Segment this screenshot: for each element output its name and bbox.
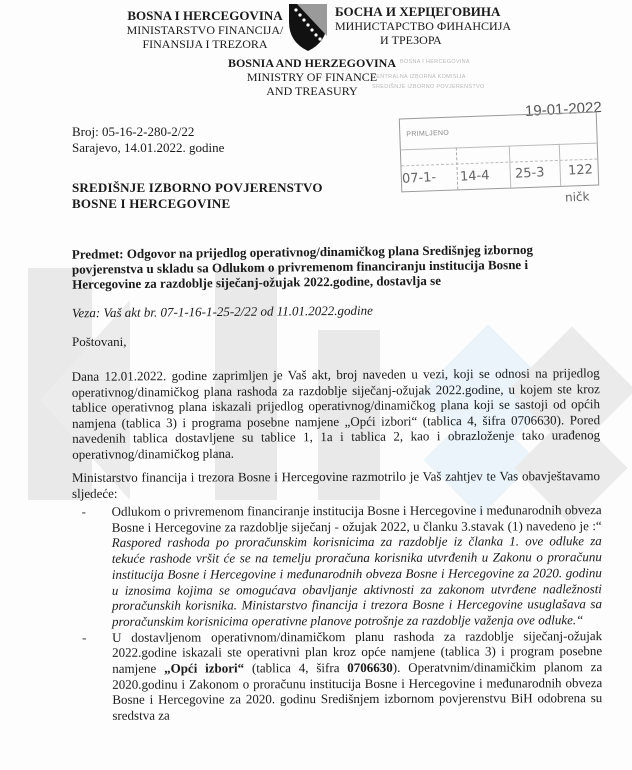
- header-left-block: BOSNA I HERCEGOVINA MINISTARSTVO FINANCI…: [105, 9, 305, 51]
- received-stamp: BOSNA I HERCEGOVINA CENTRALNA IZBORNA KO…: [360, 65, 610, 205]
- reference-link-line: Veza: Vaš akt br. 07-1-16-1-25-2/22 od 1…: [72, 303, 373, 322]
- addressee-block: SREDIŠNJE IZBORNO POVJERENSTVO BOSNE I H…: [72, 180, 323, 212]
- header-right-block: БОСНА И ХЕРЦЕГОВИНА МИНИСТАРСТВО ФИНАНСИ…: [335, 5, 535, 47]
- list-item-quote: Raspored rashoda po proračunskim korisni…: [112, 534, 602, 629]
- list-item: - U dostavljenom operativnom/dinamičkom …: [112, 628, 602, 724]
- paragraph-1: Dana 12.01.2022. godine zaprimljen je Va…: [72, 365, 601, 462]
- header-country-latin: BOSNA I HERCEGOVINA: [105, 9, 305, 23]
- stamp-signature: ničk: [565, 189, 590, 204]
- stamp-line-1: BOSNA I HERCEGOVINA: [400, 59, 470, 65]
- stamp-handwritten-3: 25-3: [515, 165, 545, 182]
- document-page: BOSNA I HERCEGOVINA MINISTARSTVO FINANCI…: [0, 0, 632, 770]
- stamp-line-3: SREDIŠNJE IZBORNO POVJERENSTVO: [372, 84, 485, 90]
- program-code: 0706630: [347, 660, 393, 675]
- list-item: - Odlukom o privremenom financiranje ins…: [112, 502, 602, 629]
- findings-list: - Odlukom o privremenom financiranje ins…: [112, 502, 603, 724]
- program-name: „Opći izbori“: [164, 660, 244, 675]
- list-bullet: -: [82, 630, 86, 646]
- header-ministry-latin-2: FINANSIJA I TREZORA: [105, 37, 305, 51]
- subject-line: Predmet: Odgovor na prijedlog operativno…: [72, 241, 592, 291]
- addressee-line-2: BOSNE I HERCEGOVINE: [72, 196, 323, 212]
- header-ministry-cyrillic-2: И ТРЕЗОРА: [335, 33, 535, 47]
- header-ministry-cyrillic-1: МИНИСТАРСТВО ФИНАНСИЈА: [335, 19, 535, 33]
- stamp-handwritten-1: 07-1-: [402, 170, 437, 187]
- list-bullet: -: [82, 504, 86, 520]
- reference-block: Broj: 05-16-2-280-2/22 Sarajevo, 14.01.2…: [72, 124, 224, 156]
- coat-of-arms-icon: [287, 2, 329, 52]
- paragraph-2: Ministarstvo financija i trezora Bosne i…: [72, 468, 600, 501]
- reference-number: Broj: 05-16-2-280-2/22: [72, 124, 224, 140]
- header-ministry-latin-1: MINISTARSTVO FINANCIJA/: [105, 23, 305, 37]
- list-item-intro: Odlukom o privremenom financiranje insti…: [112, 502, 602, 534]
- list-item-text: (tablica 4, šifra: [244, 660, 347, 675]
- reference-place-date: Sarajevo, 14.01.2022. godine: [72, 140, 224, 156]
- stamp-received-label: PRIMLJENO: [406, 130, 449, 138]
- header-country-cyrillic: БОСНА И ХЕРЦЕГОВИНА: [335, 5, 535, 19]
- stamp-handwritten-4: 122: [568, 162, 594, 178]
- addressee-line-1: SREDIŠNJE IZBORNO POVJERENSTVO: [72, 180, 323, 196]
- stamp-handwritten-2: 14-4: [460, 168, 490, 185]
- greeting: Poštovani,: [72, 334, 127, 350]
- stamp-line-2: CENTRALNA IZBORNA KOMISIJA: [372, 74, 466, 80]
